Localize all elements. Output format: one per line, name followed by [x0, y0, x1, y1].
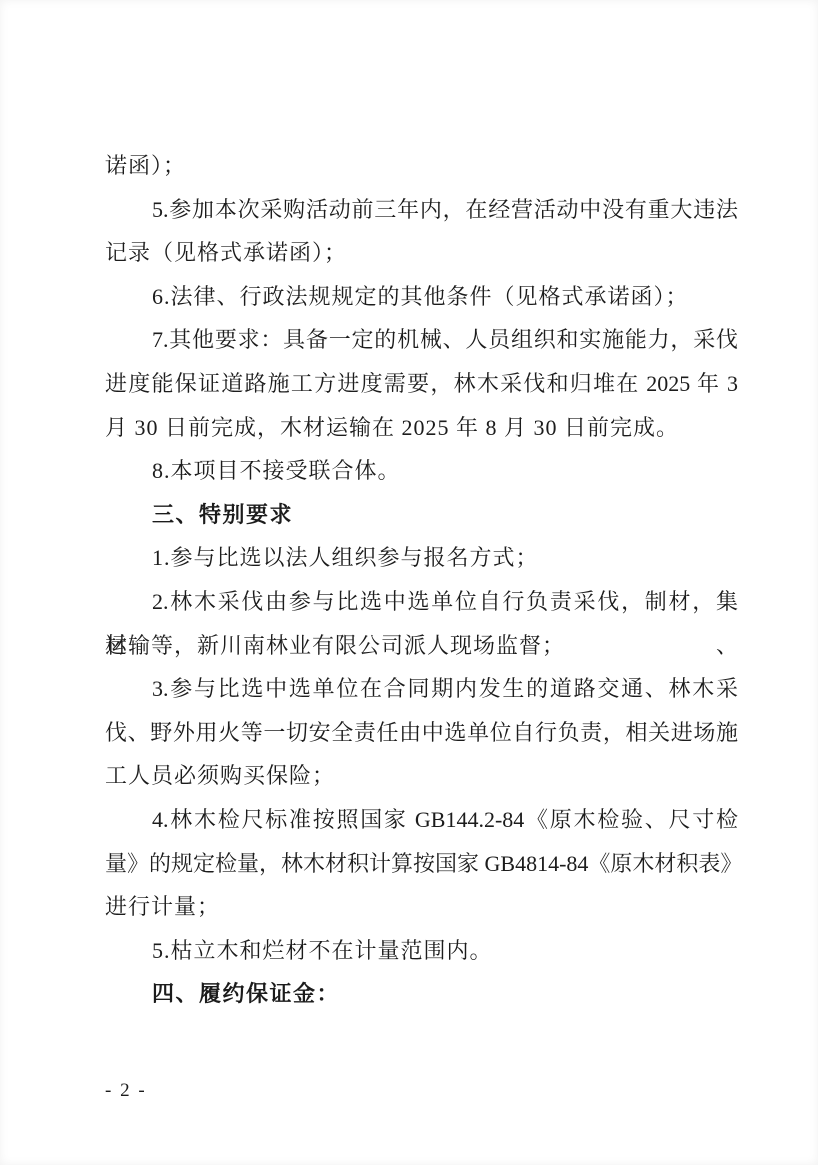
- section-heading: 四、履约保证金：: [105, 972, 738, 1016]
- document-body: 诺函）； 5.参加本次采购活动前三年内，在经营活动中没有重大违法 记录（见格式承…: [105, 144, 738, 1016]
- section-heading: 三、特别要求: [105, 493, 738, 537]
- text-line: 诺函）；: [105, 144, 738, 188]
- text-line: 6.法律、行政法规规定的其他条件（见格式承诺函）；: [105, 275, 738, 319]
- text-line: 工人员必须购买保险；: [105, 754, 738, 798]
- text-line: 4.林木检尺标准按照国家 GB144.2-84《原木检验、尺寸检: [105, 798, 738, 842]
- text-line: 5.参加本次采购活动前三年内，在经营活动中没有重大违法: [105, 188, 738, 232]
- text-line: 7.其他要求：具备一定的机械、人员组织和实施能力，采伐: [105, 318, 738, 362]
- text-line: 进行计量；: [105, 885, 738, 929]
- text-line: 2.林木采伐由参与比选中选单位自行负责采伐，制材，集材、: [105, 580, 738, 624]
- text-line: 5.枯立木和烂材不在计量范围内。: [105, 929, 738, 973]
- page-number: - 2 -: [105, 1080, 147, 1102]
- text-line: 月 30 日前完成，木材运输在 2025 年 8 月 30 日前完成。: [105, 406, 738, 450]
- text-line: 伐、野外用火等一切安全责任由中选单位自行负责，相关进场施: [105, 711, 738, 755]
- text-line: 1.参与比选以法人组织参与报名方式；: [105, 536, 738, 580]
- text-line: 量》的规定检量，林木材积计算按国家 GB4814-84《原木材积表》: [105, 842, 738, 886]
- text-line: 8.本项目不接受联合体。: [105, 449, 738, 493]
- document-page: 诺函）； 5.参加本次采购活动前三年内，在经营活动中没有重大违法 记录（见格式承…: [0, 0, 818, 1165]
- text-line: 进度能保证道路施工方进度需要，林木采伐和归堆在 2025 年 3: [105, 362, 738, 406]
- text-line: 记录（见格式承诺函）；: [105, 231, 738, 275]
- text-line: 3.参与比选中选单位在合同期内发生的道路交通、林木采: [105, 667, 738, 711]
